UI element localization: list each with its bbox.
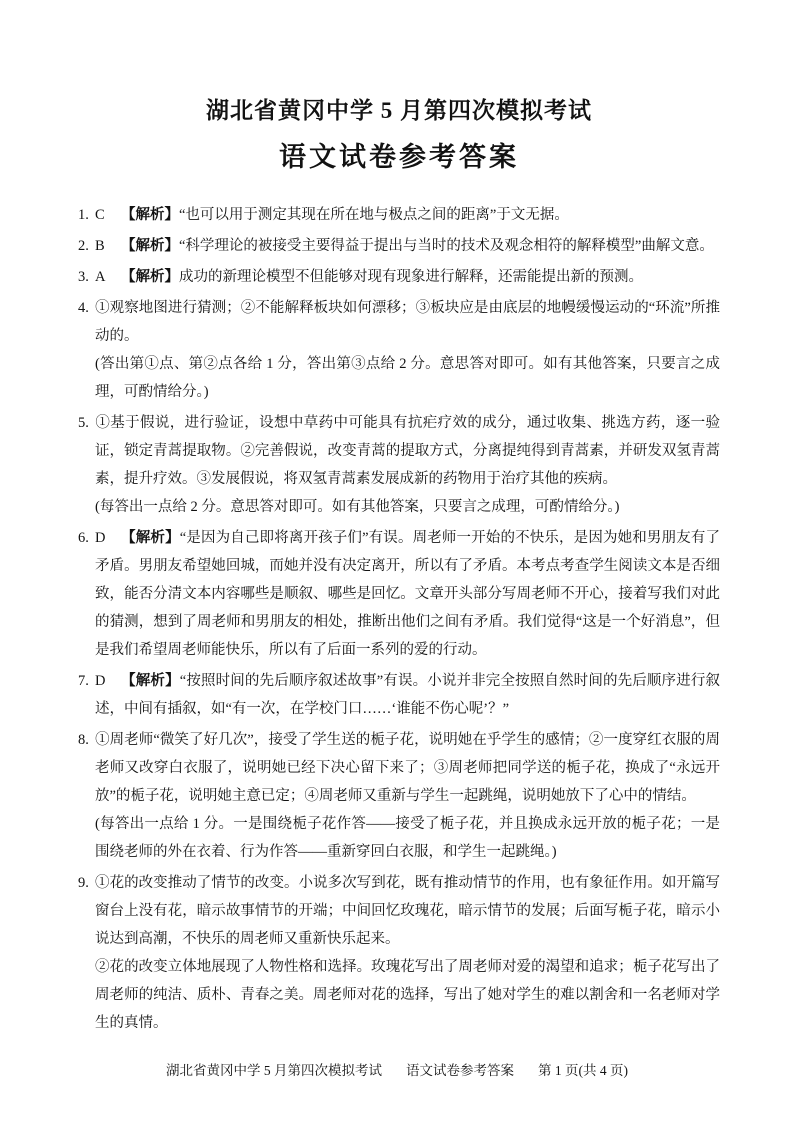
answer-item-6: 6.D【解析】“是因为自己即将离开孩子们”有误。周老师一开始的不快乐，是因为她和… (78, 524, 720, 664)
answer-number: 1. (78, 201, 95, 229)
analysis-label: 【解析】 (121, 207, 179, 223)
score-note: (答出第①点、第②点各给 1 分，答出第③点给 2 分。意思答对即可。如有其他答… (78, 350, 720, 406)
analysis-text: “是因为自己即将离开孩子们”有误。周老师一开始的不快乐，是因为她和男朋友有了矛盾… (95, 530, 720, 658)
answer-sheet-page: 湖北省黄冈中学 5 月第四次模拟考试 语文试卷参考答案 1.C【解析】“也可以用… (0, 0, 794, 1123)
answer-text: 9.①花的改变推动了情节的改变。小说多次写到花，既有推动情节的作用，也有象征作用… (78, 869, 720, 953)
answer-item-4: 4.①观察地图进行猜测；②不能解释板块如何漂移；③板块应是由底层的地幔缓慢运动的… (78, 294, 720, 406)
answer-item-3: 3.A【解析】成功的新理论模型不但能够对现有现象进行解释，还需能提出新的预测。 (78, 263, 720, 291)
answer-item-9: 9.①花的改变推动了情节的改变。小说多次写到花，既有推动情节的作用，也有象征作用… (78, 869, 720, 1037)
analysis-text: ①周老师“微笑了好几次”，接受了学生送的栀子花，说明她在乎学生的感情；②一度穿红… (95, 732, 720, 804)
answer-choice: A (95, 263, 121, 291)
analysis-label: 【解析】 (121, 238, 179, 254)
answer-text: 2.B【解析】“科学理论的被接受主要得益于提出与当时的技术及观念相符的解释模型”… (78, 232, 720, 260)
page-footer: 湖北省黄冈中学 5 月第四次模拟考试语文试卷参考答案第 1 页(共 4 页) (0, 1059, 794, 1079)
answer-number: 4. (78, 294, 95, 322)
answers-list: 1.C【解析】“也可以用于测定其现在所在地与极点之间的距离”于文无据。 2.B【… (78, 201, 720, 1037)
answer-choice: C (95, 201, 121, 229)
analysis-label: 【解析】 (121, 269, 179, 285)
answer-item-7: 7.D【解析】“按照时间的先后顺序叙述故事”有误。小说并非完全按照自然时间的先后… (78, 667, 720, 723)
answer-text: 1.C【解析】“也可以用于测定其现在所在地与极点之间的距离”于文无据。 (78, 201, 720, 229)
answer-number: 2. (78, 232, 95, 260)
analysis-text: “科学理论的被接受主要得益于提出与当时的技术及观念相符的解释模型”曲解文意。 (179, 238, 714, 254)
answer-number: 8. (78, 726, 95, 754)
analysis-text: “按照时间的先后顺序叙述故事”有误。小说并非完全按照自然时间的先后顺序进行叙述，… (95, 673, 720, 717)
analysis-text: ①观察地图进行猜测；②不能解释板块如何漂移；③板块应是由底层的地幔缓慢运动的“环… (95, 300, 720, 344)
answer-number: 5. (78, 409, 95, 437)
page-subtitle: 语文试卷参考答案 (78, 135, 720, 174)
score-note: (每答出一点给 2 分。意思答对即可。如有其他答案，只要言之成理，可酌情给分。) (78, 493, 720, 521)
answer-text: 7.D【解析】“按照时间的先后顺序叙述故事”有误。小说并非完全按照自然时间的先后… (78, 667, 720, 723)
analysis-label: 【解析】 (121, 530, 180, 546)
answer-text-continued: ②花的改变立体地展现了人物性格和选择。玫瑰花写出了周老师对爱的渴望和追求；栀子花… (78, 953, 720, 1037)
answer-number: 3. (78, 263, 95, 291)
analysis-text: 成功的新理论模型不但能够对现有现象进行解释，还需能提出新的预测。 (179, 269, 643, 285)
analysis-label: 【解析】 (121, 673, 180, 689)
answer-item-8: 8.①周老师“微笑了好几次”，接受了学生送的栀子花，说明她在乎学生的感情；②一度… (78, 726, 720, 866)
answer-text: 4.①观察地图进行猜测；②不能解释板块如何漂移；③板块应是由底层的地幔缓慢运动的… (78, 294, 720, 350)
footer-paper-name: 语文试卷参考答案 (406, 1063, 514, 1078)
score-note: (每答出一点给 1 分。一是围绕栀子花作答——接受了栀子花，并且换成永远开放的栀… (78, 810, 720, 866)
analysis-text: ①基于假说，进行验证，设想中草药中可能具有抗疟疗效的成分，通过收集、挑选方药，逐… (95, 415, 720, 487)
analysis-text: ①花的改变推动了情节的改变。小说多次写到花，既有推动情节的作用，也有象征作用。如… (95, 875, 720, 947)
answer-number: 6. (78, 524, 95, 552)
footer-page-number: 第 1 页(共 4 页) (538, 1063, 628, 1078)
answer-item-1: 1.C【解析】“也可以用于测定其现在所在地与极点之间的距离”于文无据。 (78, 201, 720, 229)
answer-text: 5.①基于假说，进行验证，设想中草药中可能具有抗疟疗效的成分，通过收集、挑选方药… (78, 409, 720, 493)
answer-number: 7. (78, 667, 95, 695)
answer-text: 3.A【解析】成功的新理论模型不但能够对现有现象进行解释，还需能提出新的预测。 (78, 263, 720, 291)
answer-item-2: 2.B【解析】“科学理论的被接受主要得益于提出与当时的技术及观念相符的解释模型”… (78, 232, 720, 260)
answer-number: 9. (78, 869, 95, 897)
footer-exam-name: 湖北省黄冈中学 5 月第四次模拟考试 (166, 1063, 382, 1078)
answer-text: 6.D【解析】“是因为自己即将离开孩子们”有误。周老师一开始的不快乐，是因为她和… (78, 524, 720, 664)
answer-choice: B (95, 232, 121, 260)
answer-choice: D (95, 524, 121, 552)
answer-text: 8.①周老师“微笑了好几次”，接受了学生送的栀子花，说明她在乎学生的感情；②一度… (78, 726, 720, 810)
page-title: 湖北省黄冈中学 5 月第四次模拟考试 (78, 92, 720, 125)
analysis-text: “也可以用于测定其现在所在地与极点之间的距离”于文无据。 (179, 207, 569, 223)
answer-choice: D (95, 667, 121, 695)
answer-item-5: 5.①基于假说，进行验证，设想中草药中可能具有抗疟疗效的成分，通过收集、挑选方药… (78, 409, 720, 521)
